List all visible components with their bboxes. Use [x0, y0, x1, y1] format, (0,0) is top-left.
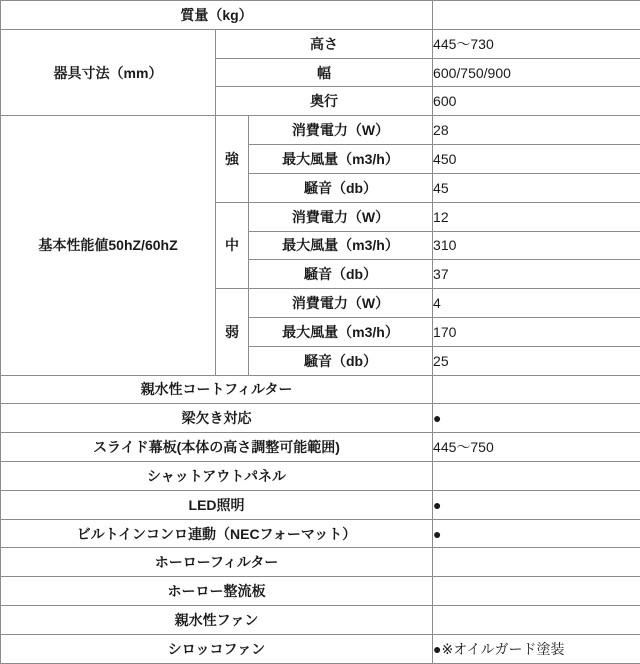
performance-label: 基本性能値50hZ/60hZ	[1, 116, 216, 375]
row-dimension-height: 器具寸法（mm） 高さ 445〜730	[1, 29, 640, 58]
mass-value	[433, 1, 640, 30]
row-builtin-stove-link: ビルトインコンロ連動（NECフォーマット） ●	[1, 519, 640, 548]
feature-value	[433, 548, 640, 577]
row-sirocco-fan: シロッコファン ●※オイルガード塗装	[1, 634, 640, 663]
weak-airflow-label: 最大風量（m3/h）	[249, 317, 433, 346]
medium-power-value: 12	[433, 202, 640, 231]
feature-label: 親水性コートフィルター	[1, 375, 433, 404]
weak-noise-label: 騒音（db）	[249, 346, 433, 375]
mode-weak-label: 弱	[216, 289, 249, 375]
mode-strong-label: 強	[216, 116, 249, 202]
feature-label: LED照明	[1, 490, 433, 519]
weak-power-value: 4	[433, 289, 640, 318]
row-shutout-panel: シャットアウトパネル	[1, 462, 640, 491]
strong-power-label: 消費電力（W）	[249, 116, 433, 145]
row-strong-power: 基本性能値50hZ/60hZ 強 消費電力（W） 28	[1, 116, 640, 145]
dimension-depth-label: 奥行	[216, 87, 433, 116]
medium-airflow-value: 310	[433, 231, 640, 260]
strong-airflow-label: 最大風量（m3/h）	[249, 145, 433, 174]
mass-label: 質量（kg）	[1, 1, 433, 30]
strong-power-value: 28	[433, 116, 640, 145]
weak-airflow-value: 170	[433, 317, 640, 346]
dimension-width-label: 幅	[216, 58, 433, 87]
row-hydrophilic-fan: 親水性ファン	[1, 606, 640, 635]
row-mass: 質量（kg）	[1, 1, 640, 30]
row-enamel-filter: ホーローフィルター	[1, 548, 640, 577]
feature-value: ●	[433, 404, 640, 433]
feature-label: シロッコファン	[1, 634, 433, 663]
medium-airflow-label: 最大風量（m3/h）	[249, 231, 433, 260]
feature-label: ホーローフィルター	[1, 548, 433, 577]
strong-airflow-value: 450	[433, 145, 640, 174]
row-hydrophilic-coat-filter: 親水性コートフィルター	[1, 375, 640, 404]
mode-medium-label: 中	[216, 202, 249, 288]
dimensions-label: 器具寸法（mm）	[1, 29, 216, 115]
feature-value: 445〜750	[433, 433, 640, 462]
feature-value: ●	[433, 519, 640, 548]
weak-power-label: 消費電力（W）	[249, 289, 433, 318]
feature-value: ●※オイルガード塗装	[433, 634, 640, 663]
weak-noise-value: 25	[433, 346, 640, 375]
feature-value	[433, 462, 640, 491]
feature-label: 親水性ファン	[1, 606, 433, 635]
strong-noise-value: 45	[433, 173, 640, 202]
dimension-depth-value: 600	[433, 87, 640, 116]
dimension-height-value: 445〜730	[433, 29, 640, 58]
feature-label: スライド幕板(本体の高さ調整可能範囲)	[1, 433, 433, 462]
row-slide-panel: スライド幕板(本体の高さ調整可能範囲) 445〜750	[1, 433, 640, 462]
feature-label: 梁欠き対応	[1, 404, 433, 433]
feature-value	[433, 606, 640, 635]
strong-noise-label: 騒音（db）	[249, 173, 433, 202]
medium-noise-label: 騒音（db）	[249, 260, 433, 289]
dimension-height-label: 高さ	[216, 29, 433, 58]
feature-value	[433, 375, 640, 404]
spec-sheet: 質量（kg） 器具寸法（mm） 高さ 445〜730 幅 600/750/900…	[0, 0, 640, 664]
medium-noise-value: 37	[433, 260, 640, 289]
row-beam-notch-support: 梁欠き対応 ●	[1, 404, 640, 433]
feature-label: ホーロー整流板	[1, 577, 433, 606]
feature-value: ●	[433, 490, 640, 519]
medium-power-label: 消費電力（W）	[249, 202, 433, 231]
row-led-light: LED照明 ●	[1, 490, 640, 519]
spec-table: 質量（kg） 器具寸法（mm） 高さ 445〜730 幅 600/750/900…	[0, 0, 640, 664]
dimension-width-value: 600/750/900	[433, 58, 640, 87]
row-enamel-rectifier-plate: ホーロー整流板	[1, 577, 640, 606]
feature-value	[433, 577, 640, 606]
feature-label: シャットアウトパネル	[1, 462, 433, 491]
feature-label: ビルトインコンロ連動（NECフォーマット）	[1, 519, 433, 548]
